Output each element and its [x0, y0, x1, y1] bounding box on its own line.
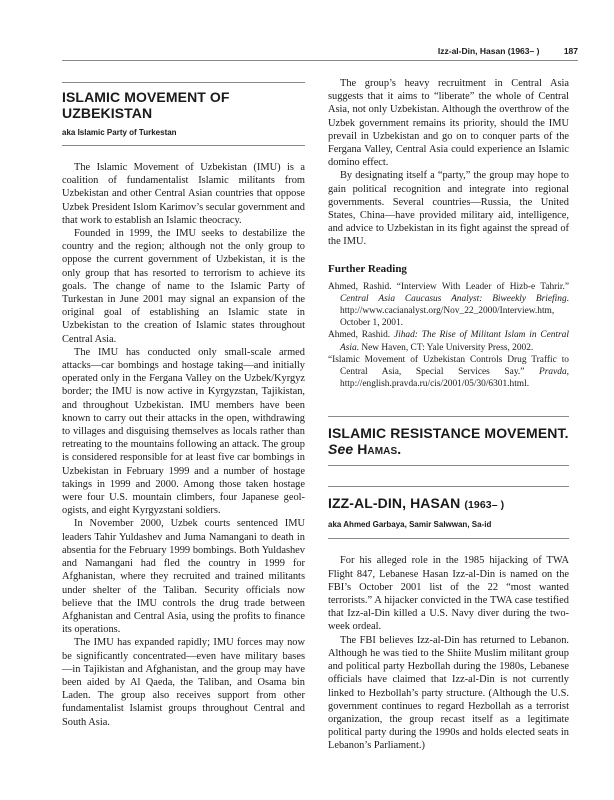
reference-item: “Islamic Movement of Uzbekistan Controls… — [328, 354, 569, 391]
paragraph: By designating itself a “party,” the gro… — [328, 169, 569, 248]
paragraph: Founded in 1999, the IMU seeks to destab… — [62, 227, 305, 346]
entry-aka-imu: aka Islamic Party of Turkestan — [62, 128, 305, 138]
entry-title-izz: IZZ-AL-DIN, HASAN (1963– ) — [328, 495, 569, 513]
entry-header-irm: ISLAMIC RESISTANCE MOVEMENT. See Hamas. — [328, 416, 569, 466]
paragraph: For his alleged role in the 1985 hijacki… — [328, 554, 569, 633]
see-also-link-hamas[interactable]: Hamas — [357, 441, 397, 457]
paragraph: The Islamic Movement of Uzbekistan (IMU)… — [62, 161, 305, 227]
running-head-title: Izz-al-Din, Hasan (1963– ) — [438, 46, 540, 56]
paragraph: The FBI believes Izz-al-Din has returned… — [328, 634, 569, 753]
entry-header-imu: ISLAMIC MOVEMENT OF UZBEKISTAN aka Islam… — [62, 82, 305, 146]
entry-aka-izz: aka Ahmed Garbaya, Samir Salwwan, Sa-id — [328, 520, 569, 530]
paragraph: The IMU has conducted only small-scale a… — [62, 346, 305, 518]
left-column: ISLAMIC MOVEMENT OF UZBEKISTAN aka Islam… — [62, 82, 305, 729]
entry-title-imu: ISLAMIC MOVEMENT OF UZBEKISTAN — [62, 89, 305, 121]
entry-header-izz: IZZ-AL-DIN, HASAN (1963– ) aka Ahmed Gar… — [328, 486, 569, 539]
paragraph: The IMU has expanded rapidly; IMU forces… — [62, 636, 305, 728]
entry-dates: (1963– ) — [464, 499, 504, 511]
paragraph: The group’s heavy recruitment in Central… — [328, 77, 569, 169]
running-head: Izz-al-Din, Hasan (1963– ) 187 — [62, 46, 578, 61]
entry-title-irm: ISLAMIC RESISTANCE MOVEMENT. See Hamas. — [328, 425, 569, 457]
right-column: The group’s heavy recruitment in Central… — [328, 77, 569, 753]
see-also-label: See — [328, 441, 353, 457]
reference-item: Ahmed, Rashid. Jihad: The Rise of Milita… — [328, 329, 569, 353]
further-reading-title: Further Reading — [328, 263, 569, 276]
page-number: 187 — [564, 46, 578, 56]
reference-item: Ahmed, Rashid. “Interview With Leader of… — [328, 281, 569, 330]
paragraph: In November 2000, Uzbek courts sentenced… — [62, 517, 305, 636]
